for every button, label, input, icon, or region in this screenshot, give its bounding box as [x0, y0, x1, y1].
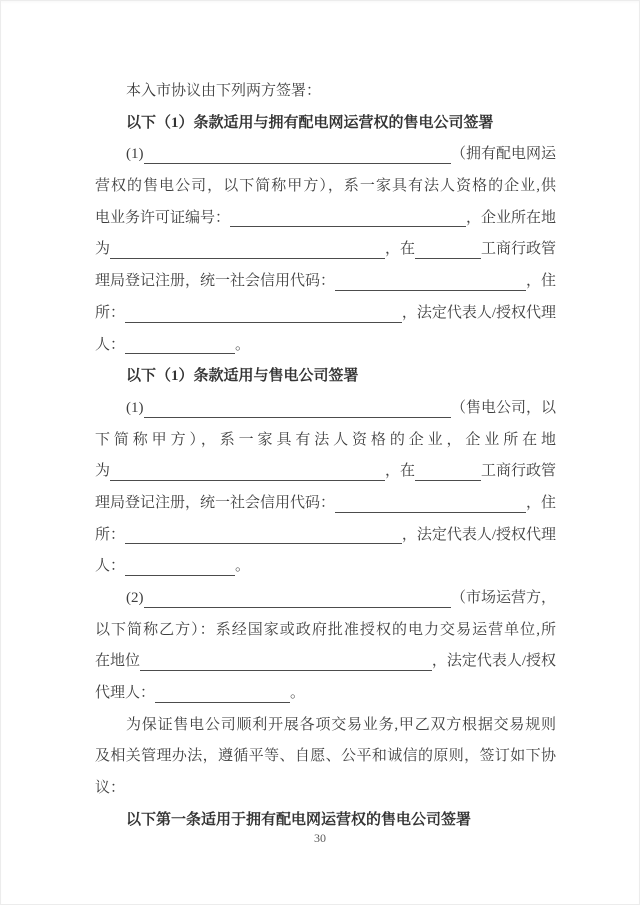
text-run: 为保证售电公司顺利开展各项交易业务,甲乙双方根据交易规则	[126, 717, 556, 733]
text-run: 人：	[95, 551, 125, 583]
text-run: 为	[95, 456, 110, 488]
party-a-clause-line: 营权的售电公司，以下简称甲方），系一家具有法人资格的企业,供	[95, 171, 556, 203]
text-run: 营权的售电公司，以下简称甲方），系一家具有法人资格的企业,供	[95, 178, 556, 194]
blank-underline	[144, 163, 451, 164]
party-b-clause-line: 代理人：。	[95, 678, 556, 710]
blank-underline	[335, 512, 526, 513]
party-a-clause-line: 为，在工商行政管	[95, 234, 556, 266]
text-run: ，法定代表人/授权代理	[402, 520, 556, 552]
party-a-clause-line: 所：，法定代表人/授权代理	[95, 298, 556, 330]
text-run: ，在	[385, 456, 415, 488]
text-run: 以下（1）条款适用与售电公司签署	[126, 368, 359, 384]
document-body: 本入市协议由下列两方签署：以下（1）条款适用与拥有配电网运营权的售电公司签署(1…	[95, 76, 556, 837]
section-heading-distribution-company: 以下（1）条款适用与拥有配电网运营权的售电公司签署	[95, 108, 556, 140]
intro-line: 本入市协议由下列两方签署：	[95, 76, 556, 108]
text-run: 代理人：	[95, 678, 155, 710]
blank-underline	[335, 290, 526, 291]
party-a2-clause-line: 理局登记注册，统一社会信用代码：，住	[95, 488, 556, 520]
purpose-paragraph-line: 及相关管理办法，遵循平等、自愿、公平和诚信的原则，签订如下协	[95, 741, 556, 773]
party-a-clause-line: 人：。	[95, 330, 556, 362]
party-a2-clause-line: 人：。	[95, 551, 556, 583]
party-a2-clause-line: 为，在工商行政管	[95, 456, 556, 488]
text-run: 及相关管理办法，遵循平等、自愿、公平和诚信的原则，签订如下协	[95, 748, 556, 764]
blank-underline	[415, 258, 481, 259]
text-run: 人：	[95, 330, 125, 362]
blank-underline	[144, 417, 451, 418]
text-run: ，企业所在地	[466, 203, 556, 235]
party-a2-clause-line: (1) （售电公司，以	[95, 393, 556, 425]
text-run: 以下第一条适用于拥有配电网运营权的售电公司签署	[126, 812, 471, 828]
text-run: 。	[235, 551, 250, 583]
text-run: 以下（1）条款适用与拥有配电网运营权的售电公司签署	[126, 115, 494, 131]
text-run: (1)	[126, 393, 144, 425]
party-a2-clause-line: 所：，法定代表人/授权代理	[95, 520, 556, 552]
text-run: ，住	[526, 266, 556, 298]
text-run: 为	[95, 234, 110, 266]
text-run: ，住	[526, 488, 556, 520]
text-run: 。	[290, 678, 305, 710]
text-run: 理局登记注册，统一社会信用代码：	[95, 266, 335, 298]
text-run: ，法定代表人/授权	[432, 646, 556, 678]
blank-underline	[144, 607, 451, 608]
blank-underline	[125, 322, 402, 323]
text-run: 下简称甲方），系一家具有法人资格的企业，企业所在地	[95, 432, 556, 448]
text-run: （拥有配电网运	[451, 139, 556, 171]
text-run: 工商行政管	[481, 456, 556, 488]
party-a-clause-line: 理局登记注册，统一社会信用代码：，住	[95, 266, 556, 298]
purpose-paragraph-line: 议：	[95, 773, 556, 805]
blank-underline	[110, 480, 385, 481]
party-a-clause-line: (1) （拥有配电网运	[95, 139, 556, 171]
blank-underline	[230, 226, 466, 227]
text-run: 工商行政管	[481, 234, 556, 266]
party-b-clause-line: 以下简称乙方）：系经国家或政府批准授权的电力交易运营单位,所	[95, 615, 556, 647]
text-run: 以下简称乙方）：系经国家或政府批准授权的电力交易运营单位,所	[95, 622, 556, 638]
blank-underline	[125, 353, 235, 354]
party-b-clause-line: (2) （市场运营方，	[95, 583, 556, 615]
text-run: 。	[235, 330, 250, 362]
text-run: (2)	[126, 583, 144, 615]
text-run: 所：	[95, 298, 125, 330]
text-run: ，法定代表人/授权代理	[402, 298, 556, 330]
section-heading-retail-company: 以下（1）条款适用与售电公司签署	[95, 361, 556, 393]
text-run: 议：	[95, 780, 125, 796]
blank-underline	[415, 480, 481, 481]
page-number: 30	[0, 828, 640, 848]
blank-underline	[125, 543, 402, 544]
party-a2-clause-line: 下简称甲方），系一家具有法人资格的企业，企业所在地	[95, 425, 556, 457]
text-run: (1)	[126, 139, 144, 171]
blank-underline	[140, 670, 432, 671]
blank-underline	[155, 702, 290, 703]
text-run: ，在	[385, 234, 415, 266]
party-a-clause-line: 电业务许可证编号：，企业所在地	[95, 203, 556, 235]
blank-underline	[110, 258, 385, 259]
text-run: （市场运营方，	[451, 583, 556, 615]
blank-underline	[125, 575, 235, 576]
purpose-paragraph-line: 为保证售电公司顺利开展各项交易业务,甲乙双方根据交易规则	[95, 710, 556, 742]
text-run: （售电公司，以	[451, 393, 556, 425]
text-run: 在地位	[95, 646, 140, 678]
party-b-clause-line: 在地位，法定代表人/授权	[95, 646, 556, 678]
text-run: 本入市协议由下列两方签署：	[126, 83, 321, 99]
text-run: 电业务许可证编号：	[95, 203, 230, 235]
text-run: 所：	[95, 520, 125, 552]
text-run: 理局登记注册，统一社会信用代码：	[95, 488, 335, 520]
scanned-document-page: 本入市协议由下列两方签署：以下（1）条款适用与拥有配电网运营权的售电公司签署(1…	[0, 0, 640, 905]
